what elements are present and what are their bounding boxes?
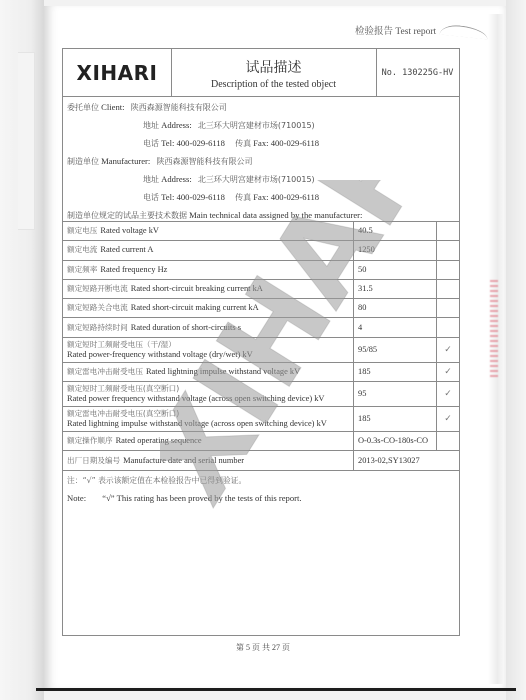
running-head: 检验报告 Test report	[355, 23, 436, 37]
verified-check-icon: ✓	[437, 407, 460, 432]
param-label-zh: 额定短路持续时间	[67, 323, 128, 332]
table-row: 额定短路持续时间Rated duration of short-circuits…	[63, 318, 459, 337]
manufacturer-line: 制造单位 Manufacturer: 陕西森源智能科技有限公司	[67, 156, 252, 167]
manufacturer-label-zh: 制造单位	[67, 157, 99, 166]
manufacturer-name: 陕西森源智能科技有限公司	[156, 157, 252, 166]
manufacturer-fax: 400-029-6118	[271, 192, 319, 202]
param-label-zh: 额定短路关合电流	[67, 303, 128, 312]
manufacturer-address: 北三环大明宫建材市场(710015)	[198, 175, 315, 184]
table-row: 额定雷电冲击耐受电压(真空断口)Rated lightning impulse …	[63, 407, 459, 432]
param-label: 额定雷电冲击耐受电压Rated lightning impulse withst…	[63, 362, 354, 381]
client-tel-label-en: Tel:	[161, 138, 174, 148]
param-value: 185	[354, 407, 437, 432]
param-label-zh: 额定短路开断电流	[67, 284, 128, 293]
table-row: 额定短时工频耐受电压（干/湿）Rated power-frequency wit…	[63, 337, 459, 362]
tech-data-heading: 制造单位规定的试品主要技术数据 Main technical data assi…	[67, 210, 362, 221]
note-en: Note: “√” This rating has been proved by…	[67, 493, 302, 503]
client-fax: 400-029-6118	[271, 138, 319, 148]
technical-data-table: 额定电压Rated voltage kV40.5额定电流Rated curren…	[63, 221, 459, 471]
client-tel-label-zh: 电话	[143, 139, 159, 148]
param-value: 50	[354, 260, 437, 279]
param-label-en: Manufacture date and serial number	[123, 456, 244, 465]
client-tel: 400-029-6118	[177, 138, 225, 148]
param-value: 1250	[354, 241, 437, 260]
note-en-label: Note:	[67, 493, 86, 503]
param-value: 2013-02,SY13027	[354, 451, 460, 470]
client-address-label-en: Address:	[161, 120, 192, 130]
manufacturer-fax-label-zh: 传真	[235, 193, 251, 202]
param-label: 额定短时工频耐受电压(真空断口)Rated power frequency wi…	[63, 382, 354, 407]
check-cell	[437, 432, 460, 451]
param-label-zh: 额定雷电冲击耐受电压	[67, 367, 143, 376]
manufacturer-address-line: 地址 Address: 北三环大明宫建材市场(710015)	[143, 174, 315, 185]
param-value: 31.5	[354, 279, 437, 298]
param-value: O-0.3s-CO-180s-CO	[354, 432, 437, 451]
param-label-zh: 额定电流	[67, 245, 97, 254]
param-label-zh: 额定短时工频耐受电压(真空断口)	[67, 384, 179, 393]
param-label: 额定短时工频耐受电压（干/湿）Rated power-frequency wit…	[63, 337, 354, 362]
param-label-zh: 额定频率	[67, 265, 97, 274]
table-row: 额定短路开断电流Rated short-circuit breaking cur…	[63, 279, 459, 298]
param-label-en: Rated power frequency withstand voltage …	[67, 394, 324, 403]
param-label-zh: 额定雷电冲击耐受电压(真空断口)	[67, 409, 179, 418]
param-label-en: Rated voltage kV	[100, 226, 159, 235]
table-row: 额定短时工频耐受电压(真空断口)Rated power frequency wi…	[63, 382, 459, 407]
param-label-en: Rated operating sequence	[116, 436, 202, 445]
table-row: 额定电流Rated current A1250	[63, 241, 459, 260]
table-row: 额定短路关合电流Rated short-circuit making curre…	[63, 299, 459, 318]
page-title: 试品描述 Description of the tested object	[171, 49, 377, 96]
param-value: 95/85	[354, 337, 437, 362]
check-cell	[437, 279, 460, 298]
param-label: 额定电压Rated voltage kV	[63, 222, 354, 241]
client-address-label-zh: 地址	[143, 121, 159, 130]
manufacturer-tel-label-zh: 电话	[143, 193, 159, 202]
param-label: 出厂日期及编号Manufacture date and serial numbe…	[63, 451, 354, 470]
manufacturer-tel: 400-029-6118	[177, 192, 225, 202]
manufacturer-address-label-zh: 地址	[143, 175, 159, 184]
param-label-zh: 额定短时工频耐受电压（干/湿）	[67, 340, 176, 349]
check-cell	[437, 299, 460, 318]
table-row: 额定雷电冲击耐受电压Rated lightning impulse withst…	[63, 362, 459, 381]
scan-left-margin	[0, 0, 44, 700]
client-address-line: 地址 Address: 北三环大明宫建材市场(710015)	[143, 120, 315, 131]
manufacturer-fax-label-en: Fax:	[253, 192, 268, 202]
note-zh-text: 注：“√” 表示该额定值在本检验报告中已得到验证。	[67, 476, 246, 485]
client-contact-line: 电话 Tel: 400-029-6118 传真 Fax: 400-029-611…	[143, 138, 319, 149]
manufacturer-address-label-en: Address:	[161, 174, 192, 184]
table-row: 额定操作顺序Rated operating sequenceO-0.3s-CO-…	[63, 432, 459, 451]
param-label-zh: 额定电压	[67, 226, 97, 235]
page-number: 第 5 页 共 27 页	[0, 642, 526, 653]
param-label-en: Rated frequency Hz	[100, 265, 167, 274]
param-label: 额定频率Rated frequency Hz	[63, 260, 354, 279]
description-frame: XIHARI 试品描述 Description of the tested ob…	[62, 48, 460, 636]
red-seal-stamp-edge	[490, 280, 498, 380]
param-label: 额定短路关合电流Rated short-circuit making curre…	[63, 299, 354, 318]
verified-check-icon: ✓	[437, 362, 460, 381]
param-label: 额定短路开断电流Rated short-circuit breaking cur…	[63, 279, 354, 298]
note-zh: 注：“√” 表示该额定值在本检验报告中已得到验证。	[67, 475, 246, 486]
company-logo: XIHARI	[63, 49, 172, 96]
param-value: 40.5	[354, 222, 437, 241]
verified-check-icon: ✓	[437, 382, 460, 407]
param-label-en: Rated lightning impulse withstand voltag…	[146, 367, 300, 376]
check-cell	[437, 260, 460, 279]
client-label-en: Client:	[101, 102, 124, 112]
param-label-en: Rated short-circuit breaking current kA	[131, 284, 263, 293]
check-cell	[437, 241, 460, 260]
check-cell	[437, 222, 460, 241]
report-number: No. 130225G-HV	[376, 49, 459, 96]
param-label: 额定电流Rated current A	[63, 241, 354, 260]
note-en-text: “√” This rating has been proved by the t…	[102, 493, 301, 503]
client-fax-label-en: Fax:	[253, 138, 268, 148]
page-title-zh: 试品描述	[171, 57, 376, 77]
table-row: 出厂日期及编号Manufacture date and serial numbe…	[63, 451, 459, 470]
param-value: 4	[354, 318, 437, 337]
scan-artifact	[18, 52, 35, 230]
client-line: 委托单位 Client: 陕西森源智能科技有限公司	[67, 102, 227, 113]
tech-heading-zh: 制造单位规定的试品主要技术数据	[67, 211, 187, 220]
param-label-zh: 出厂日期及编号	[67, 456, 120, 465]
header-row: XIHARI 试品描述 Description of the tested ob…	[63, 49, 459, 97]
client-name: 陕西森源智能科技有限公司	[131, 103, 227, 112]
param-label: 额定操作顺序Rated operating sequence	[63, 432, 354, 451]
param-label: 额定短路持续时间Rated duration of short-circuits…	[63, 318, 354, 337]
page-title-en: Description of the tested object	[171, 79, 376, 90]
page-bottom-edge	[36, 688, 516, 691]
param-label-en: Rated short-circuit making current kA	[131, 303, 259, 312]
manufacturer-label-en: Manufacturer:	[101, 156, 150, 166]
param-label-en: Rated lightning impulse withstand voltag…	[67, 419, 327, 428]
param-value: 80	[354, 299, 437, 318]
manufacturer-tel-label-en: Tel:	[161, 192, 174, 202]
client-address: 北三环大明宫建材市场(710015)	[198, 121, 315, 130]
manufacturer-contact-line: 电话 Tel: 400-029-6118 传真 Fax: 400-029-611…	[143, 192, 319, 203]
param-label-en: Rated duration of short-circuits s	[131, 323, 241, 332]
check-cell	[437, 318, 460, 337]
tech-heading-en: Main technical data assigned by the manu…	[189, 210, 362, 220]
table-row: 额定电压Rated voltage kV40.5	[63, 222, 459, 241]
param-value: 95	[354, 382, 437, 407]
client-fax-label-zh: 传真	[235, 139, 251, 148]
scan-right-margin	[506, 0, 526, 700]
param-label: 额定雷电冲击耐受电压(真空断口)Rated lightning impulse …	[63, 407, 354, 432]
table-row: 额定频率Rated frequency Hz50	[63, 260, 459, 279]
param-label-zh: 额定操作顺序	[67, 436, 113, 445]
verified-check-icon: ✓	[437, 337, 460, 362]
param-value: 185	[354, 362, 437, 381]
param-label-en: Rated power-frequency withstand voltage …	[67, 350, 253, 359]
param-label-en: Rated current A	[100, 245, 153, 254]
client-label-zh: 委托单位	[67, 103, 99, 112]
